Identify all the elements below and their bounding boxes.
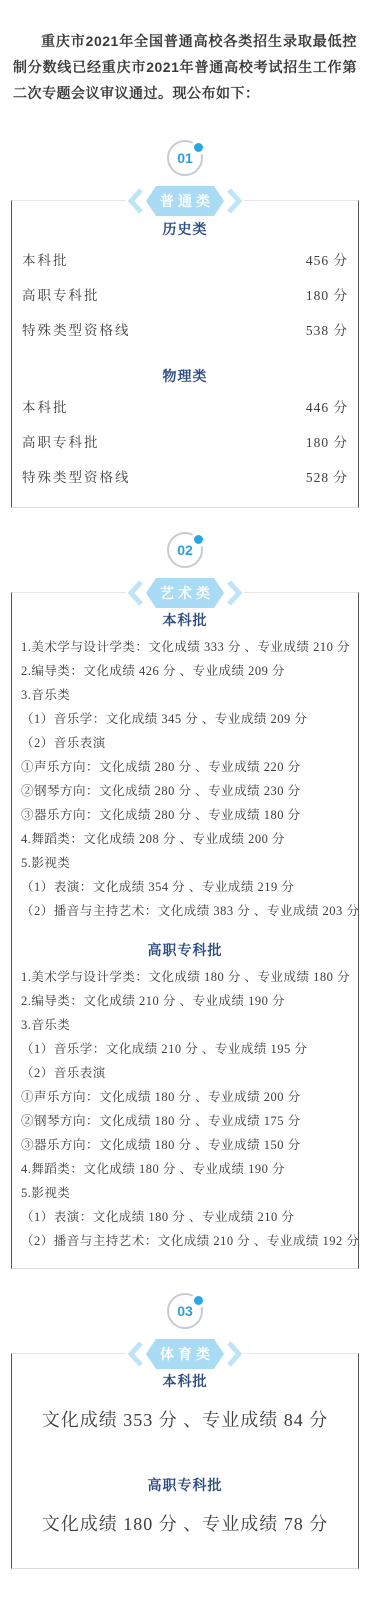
chevron-left-icon (128, 580, 143, 606)
score-row: 特殊类型资格线 538 分 (22, 313, 348, 348)
step-badge-3: 03 (0, 1293, 370, 1335)
row-value: 180 分 (306, 278, 348, 313)
art-gaozhi-heading: 高职专科批 (21, 940, 349, 960)
score-row: 本科批 446 分 (22, 390, 348, 425)
history-heading: 历史类 (22, 219, 348, 239)
badge-dot-icon (191, 140, 206, 155)
art-line: 1.美术学与设计学类：文化成绩 333 分 、专业成绩 210 分 (21, 635, 349, 659)
chevron-left-icon (128, 1341, 143, 1367)
art-line: ③器乐方向：文化成绩 280 分 、专业成绩 180 分 (21, 803, 349, 827)
art-line: （2）播音与主持艺术：文化成绩 210 分 、专业成绩 192 分 (21, 1229, 349, 1253)
row-label: 特殊类型资格线 (22, 460, 131, 495)
history-group: 历史类 本科批 456 分 高职专科批 180 分 特殊类型资格线 538 分 (12, 219, 358, 348)
row-label: 本科批 (22, 243, 69, 278)
score-row: 特殊类型资格线 528 分 (22, 460, 348, 495)
badge-dot-icon (191, 1293, 206, 1308)
step-badge-1: 01 (0, 140, 370, 182)
art-line: 4.舞蹈类：文化成绩 208 分 、专业成绩 200 分 (21, 827, 349, 851)
sports-benke-heading: 本科批 (12, 1371, 358, 1391)
art-gaozhi-group: 高职专科批 1.美术学与设计学类：文化成绩 180 分 、专业成绩 180 分 … (12, 940, 358, 1268)
row-label: 特殊类型资格线 (22, 313, 131, 348)
art-line: 2.编导类：文化成绩 210 分 、专业成绩 190 分 (21, 989, 349, 1013)
art-line: ①声乐方向：文化成绩 180 分 、专业成绩 200 分 (21, 1085, 349, 1109)
score-row: 高职专科批 180 分 (22, 425, 348, 460)
row-label: 高职专科批 (22, 278, 100, 313)
art-line: 3.音乐类 (21, 683, 349, 707)
row-value: 180 分 (306, 425, 348, 460)
art-line: （2）音乐表演 (21, 731, 349, 755)
score-row: 高职专科批 180 分 (22, 278, 348, 313)
row-value: 456 分 (306, 243, 348, 278)
chevron-right-icon (227, 580, 242, 606)
chevron-right-icon (227, 1341, 242, 1367)
sports-box: 体育类 本科批 文化成绩 353 分 、专业成绩 84 分 高职专科批 文化成绩… (11, 1353, 359, 1569)
art-line: 1.美术学与设计学类：文化成绩 180 分 、专业成绩 180 分 (21, 965, 349, 989)
physics-group: 物理类 本科批 446 分 高职专科批 180 分 特殊类型资格线 528 分 (12, 366, 358, 507)
chevron-right-icon (227, 188, 242, 214)
sports-banner: 体育类 (126, 1339, 244, 1369)
intro-paragraph: 重庆市2021年全国普通高校各类招生录取最低控制分数线已经重庆市2021年普通高… (13, 28, 357, 106)
general-banner: 普通类 (126, 186, 244, 216)
art-line: （2）音乐表演 (21, 1061, 349, 1085)
banner-label: 艺术类 (146, 578, 224, 608)
art-line: （1）表演：文化成绩 180 分 、专业成绩 210 分 (21, 1205, 349, 1229)
art-line: ②钢琴方向：文化成绩 280 分 、专业成绩 230 分 (21, 779, 349, 803)
art-banner: 艺术类 (126, 578, 244, 608)
art-line: 4.舞蹈类：文化成绩 180 分 、专业成绩 190 分 (21, 1157, 349, 1181)
sports-gaozhi-line: 文化成绩 180 分 、专业成绩 78 分 (18, 1510, 352, 1536)
art-benke-group: 本科批 1.美术学与设计学类：文化成绩 333 分 、专业成绩 210 分 2.… (12, 610, 358, 923)
art-line: ②钢琴方向：文化成绩 180 分 、专业成绩 175 分 (21, 1109, 349, 1133)
physics-heading: 物理类 (22, 366, 348, 386)
art-line: 5.影视类 (21, 851, 349, 875)
row-value: 528 分 (306, 460, 348, 495)
section-sports: 03 体育类 本科批 文化成绩 353 分 、专业成绩 84 分 高职专科批 文… (0, 1293, 370, 1569)
banner-label: 体育类 (146, 1339, 224, 1369)
step-badge-2: 02 (0, 532, 370, 574)
sports-gaozhi-group: 高职专科批 文化成绩 180 分 、专业成绩 78 分 (12, 1475, 358, 1536)
art-line: 2.编导类：文化成绩 426 分 、专业成绩 209 分 (21, 659, 349, 683)
score-row: 本科批 456 分 (22, 243, 348, 278)
art-benke-heading: 本科批 (21, 610, 349, 630)
sports-benke-line: 文化成绩 353 分 、专业成绩 84 分 (18, 1406, 352, 1432)
badge-dot-icon (191, 532, 206, 547)
art-line: 3.音乐类 (21, 1013, 349, 1037)
row-value: 446 分 (306, 390, 348, 425)
art-line: （1）音乐学：文化成绩 345 分 、专业成绩 209 分 (21, 707, 349, 731)
art-line: （1）表演：文化成绩 354 分 、专业成绩 219 分 (21, 875, 349, 899)
art-box: 艺术类 本科批 1.美术学与设计学类：文化成绩 333 分 、专业成绩 210 … (11, 592, 359, 1269)
row-value: 538 分 (306, 313, 348, 348)
sports-gaozhi-heading: 高职专科批 (12, 1475, 358, 1495)
art-line: （1）音乐学：文化成绩 210 分 、专业成绩 195 分 (21, 1037, 349, 1061)
row-label: 高职专科批 (22, 425, 100, 460)
section-general: 01 普通类 历史类 本科批 456 分 高职专科批 180 分 特殊类型资格线… (0, 140, 370, 508)
art-line: 5.影视类 (21, 1181, 349, 1205)
art-line: ③器乐方向：文化成绩 180 分 、专业成绩 150 分 (21, 1133, 349, 1157)
chevron-left-icon (128, 188, 143, 214)
art-line: ①声乐方向：文化成绩 280 分 、专业成绩 220 分 (21, 755, 349, 779)
row-label: 本科批 (22, 390, 69, 425)
sports-benke-group: 本科批 文化成绩 353 分 、专业成绩 84 分 (12, 1371, 358, 1432)
art-line: （2）播音与主持艺术：文化成绩 383 分 、专业成绩 203 分 (21, 899, 349, 923)
banner-label: 普通类 (146, 186, 224, 216)
general-box: 普通类 历史类 本科批 456 分 高职专科批 180 分 特殊类型资格线 53… (11, 200, 359, 508)
section-art: 02 艺术类 本科批 1.美术学与设计学类：文化成绩 333 分 、专业成绩 2… (0, 532, 370, 1269)
